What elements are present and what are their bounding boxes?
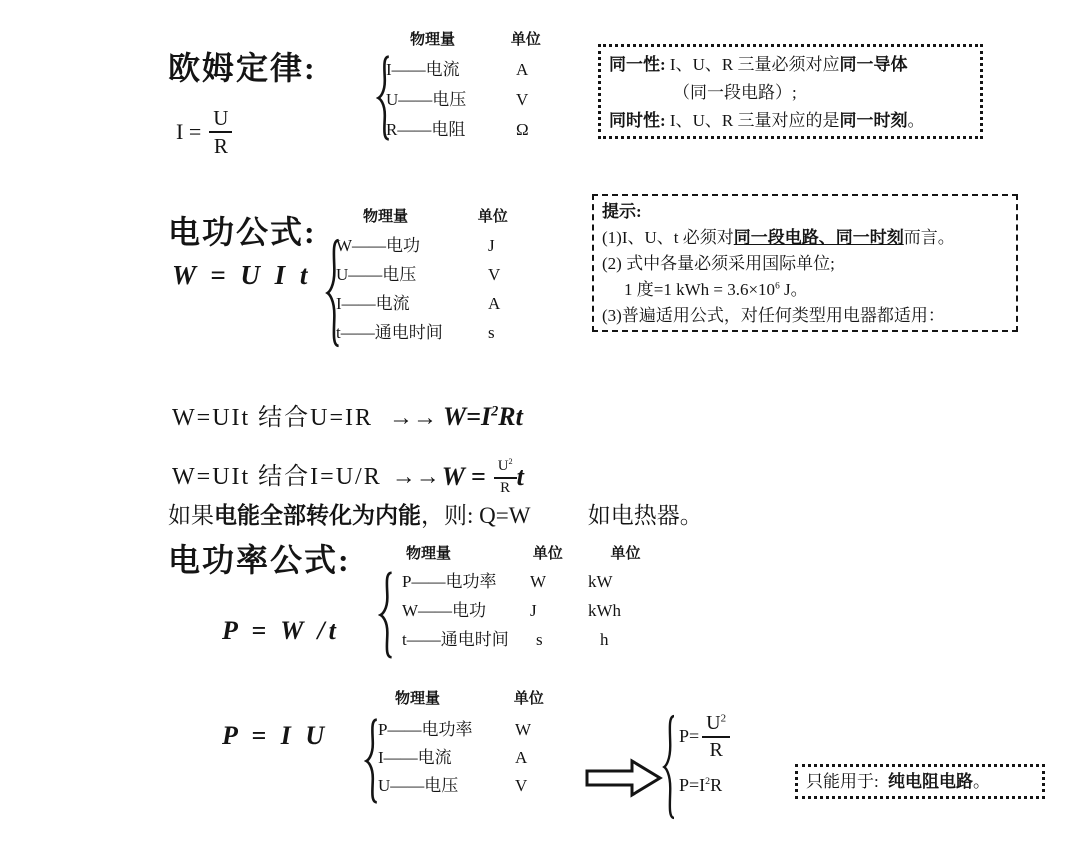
row-unit: s [488, 324, 508, 341]
row-symbol: W——电功 [402, 602, 530, 619]
row-symbol: t——通电时间 [402, 631, 530, 648]
arrows: →→ [392, 465, 440, 489]
row-unit-si: J [530, 602, 588, 619]
derivation-line-2: W=UIt 结合I=U/R →→ W = U2 R t [172, 458, 524, 497]
table-header: 物理量 单位 [327, 210, 508, 225]
ohm-quantity-table: 物理量 单位 I——电流 A U——电压 V R——电阻 Ω [378, 33, 541, 144]
brace-icon [325, 238, 342, 348]
ohm-law-formula: I = U R [176, 106, 232, 157]
row-symbol: t——通电时间 [336, 324, 488, 341]
row-unit: J [488, 237, 508, 254]
header-unit: 单位 [514, 691, 544, 707]
note-label: 同时性: [609, 111, 666, 130]
work-formula-title: 电功公式: [168, 216, 317, 248]
table-row: P——电功率 W [378, 715, 544, 743]
ohm-formula-lhs: I = [176, 119, 201, 145]
tip-line-2: (2) 式中各量必须采用国际单位; [602, 251, 1008, 277]
row-unit-si: s [536, 631, 588, 648]
note-line-1: 同一性: I、U、R 三量必须对应同一导体 [609, 51, 972, 79]
row-unit-common: kW [588, 573, 641, 590]
power-formula: P = W /t [222, 618, 340, 644]
row-unit: Ω [516, 121, 541, 138]
derived-power-formulas: P= U2 R P=I2R [662, 712, 782, 822]
row-unit-common: kWh [588, 602, 641, 619]
brace-icon [378, 571, 395, 659]
header-quantity: 物理量 [406, 546, 451, 562]
table-row: U——电压 V [378, 771, 544, 799]
row-unit: W [515, 721, 544, 738]
header-unit: 单位 [533, 546, 563, 562]
brace-icon [364, 718, 380, 804]
power-formula-title: 电功率公式: [168, 544, 351, 576]
table-header: 物理量 单位 单位 [378, 547, 641, 562]
note-label: 同一性: [609, 55, 666, 74]
work-formula: W = U I t [172, 262, 311, 289]
note-line-2: （同一段电路）; [673, 79, 972, 107]
header-quantity: 物理量 [363, 209, 408, 225]
header-unit: 单位 [478, 209, 508, 225]
ohm-law-title: 欧姆定律: [168, 52, 317, 84]
row-symbol: R——电阻 [386, 121, 516, 138]
row-unit: V [488, 266, 508, 283]
row-unit: V [516, 91, 541, 108]
work-quantity-table: 物理量 单位 W——电功 J U——电压 V I——电流 A t——通电时间 s [327, 210, 508, 347]
table-header: 物理量 单位 [378, 33, 541, 48]
fraction: U2 R [494, 458, 517, 497]
row-unit-si: W [530, 573, 588, 590]
header-quantity: 物理量 [395, 691, 440, 707]
row-symbol: U——电压 [386, 91, 516, 108]
row-unit: A [488, 295, 508, 312]
table-header: 物理量 单位 [365, 692, 544, 707]
row-symbol: U——电压 [378, 777, 515, 794]
table-row: W——电功 J kWh [402, 596, 641, 625]
table-row: R——电阻 Ω [386, 114, 541, 144]
block-arrow-right-icon [584, 757, 664, 799]
ohm-formula-fraction: U R [209, 106, 232, 157]
row-unit-common: h [600, 631, 641, 648]
header-unit: 单位 [511, 32, 541, 48]
tip-title: 提示: [602, 199, 1008, 225]
piu-formula: P = I U [222, 723, 328, 749]
table-row: U——电压 V [386, 84, 541, 114]
formula-p-i2r: P=I2R [679, 775, 782, 796]
row-symbol: P——电功率 [378, 721, 515, 738]
fraction-denominator: R [209, 133, 232, 157]
header-quantity: 物理量 [410, 32, 455, 48]
physics-notes-page: 欧姆定律: I = U R 物理量 单位 I——电流 A U——电压 V R——… [0, 0, 1079, 850]
note-line-3: 同时性: I、U、R 三量对应的是同一时刻。 [609, 107, 972, 135]
row-unit: V [515, 777, 544, 794]
row-symbol: U——电压 [336, 266, 488, 283]
row-symbol: P——电功率 [402, 573, 530, 590]
tip-box: 提示: (1)I、U、t 必须对同一段电路、同一时刻而言。 (2) 式中各量必须… [592, 194, 1018, 332]
tip-line-1: (1)I、U、t 必须对同一段电路、同一时刻而言。 [602, 225, 1008, 251]
power-quantity-table: 物理量 单位 单位 P——电功率 W kW W——电功 J kWh t——通电时… [378, 547, 641, 654]
piu-quantity-table: 物理量 单位 P——电功率 W I——电流 A U——电压 V [365, 692, 544, 799]
restriction-note-box: 只能用于: 纯电阻电路。 [795, 764, 1045, 799]
formula-p-u2r: P= U2 R [679, 712, 782, 761]
fraction: U2 R [702, 712, 730, 761]
brace-icon [662, 714, 677, 820]
table-row: I——电流 A [336, 289, 508, 318]
row-symbol: I——电流 [378, 749, 515, 766]
header-unit-2: 单位 [611, 546, 641, 562]
row-unit: A [515, 749, 544, 766]
row-unit: A [516, 61, 541, 78]
fraction-numerator: U [209, 106, 232, 133]
table-row: W——电功 J [336, 231, 508, 260]
row-symbol: I——电流 [386, 61, 516, 78]
derivation-line-1: W=UIt 结合U=IR →→ W=I2Rt [172, 404, 523, 430]
table-row: P——电功率 W kW [402, 567, 641, 596]
tip-line-4: (3)普遍适用公式，对任何类型用电器都适用： [602, 303, 1008, 329]
ohm-note-box: 同一性: I、U、R 三量必须对应同一导体 （同一段电路）; 同时性: I、U、… [598, 44, 983, 139]
table-row: t——通电时间 s [336, 318, 508, 347]
row-symbol: I——电流 [336, 295, 488, 312]
row-symbol: W——电功 [336, 237, 488, 254]
arrows: →→ [389, 405, 437, 431]
tip-line-3: 1 度=1 kWh = 3.6×106 J。 [624, 277, 1008, 303]
table-row: U——电压 V [336, 260, 508, 289]
table-row: I——电流 A [378, 743, 544, 771]
derivation-line-3: 如果电能全部转化为内能，则: Q=W 如电热器。 [168, 502, 703, 530]
table-row: t——通电时间 s h [402, 625, 641, 654]
brace-icon [376, 55, 392, 141]
table-row: I——电流 A [386, 54, 541, 84]
